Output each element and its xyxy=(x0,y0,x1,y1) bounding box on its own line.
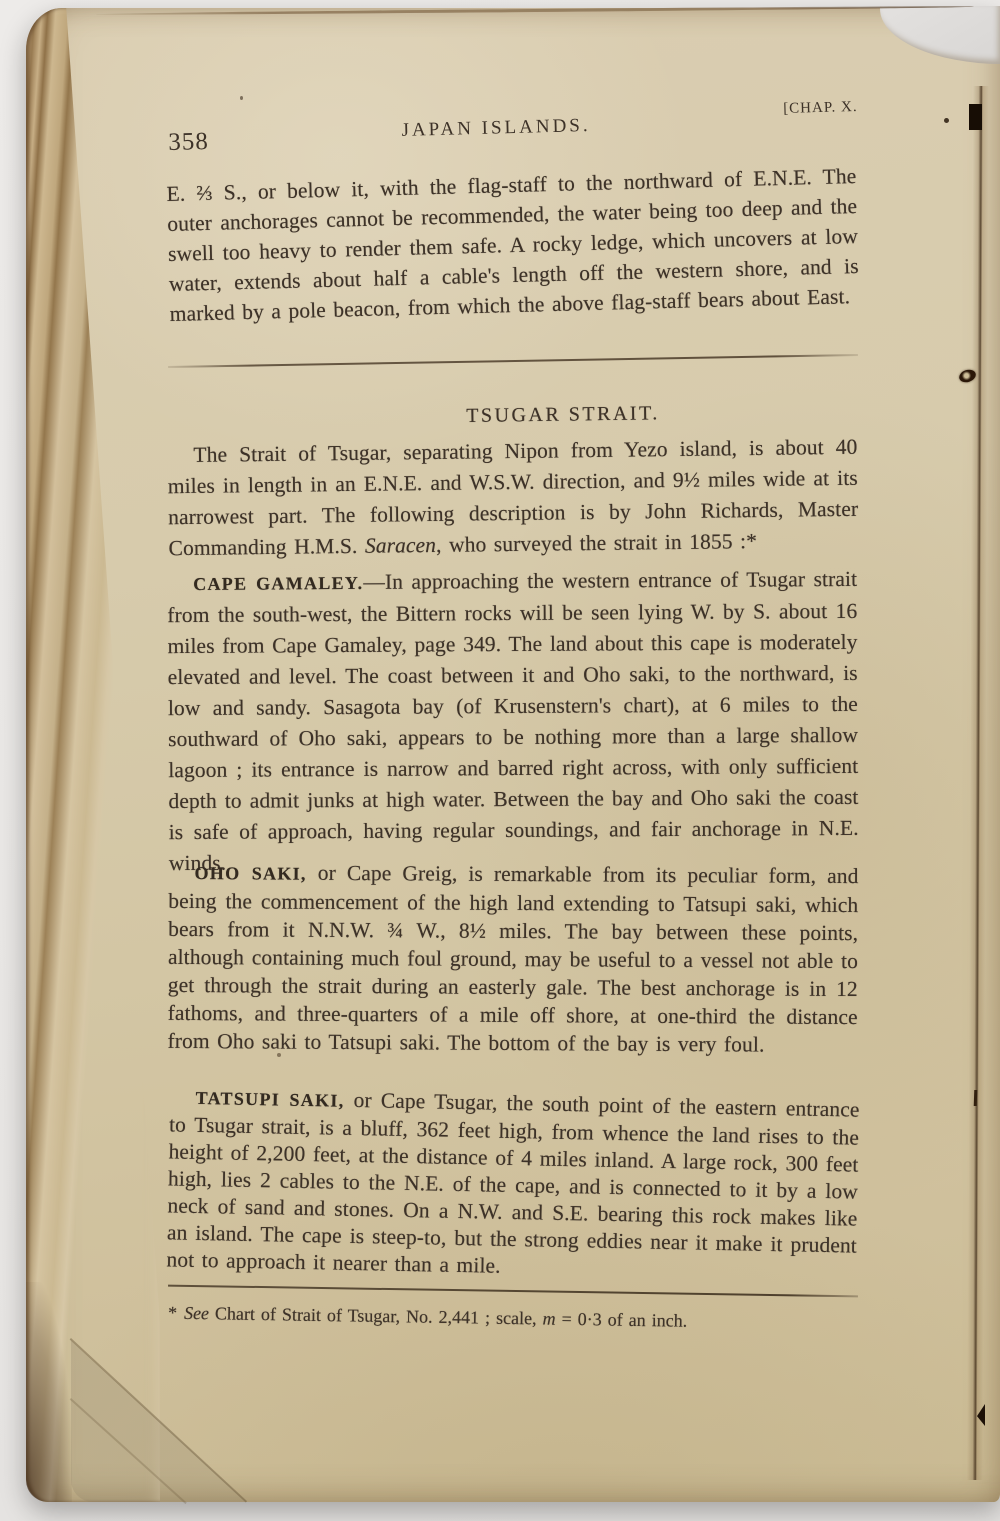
book-page: 358 JAPAN ISLANDS. [CHAP. X. E. ⅔ S., or… xyxy=(26,8,1000,1502)
entry-lead-oho-saki: OHO SAKI, xyxy=(194,863,306,884)
section-heading: TSUGAR STRAIT. xyxy=(168,399,908,432)
section-divider-rule xyxy=(168,354,858,368)
page-header: 358 JAPAN ISLANDS. [CHAP. X. xyxy=(168,95,859,157)
ink-blot xyxy=(969,104,982,130)
paragraph-oho-saki: OHO SAKI, or Cape Greig, is remarkable f… xyxy=(167,858,858,1059)
ink-speck xyxy=(944,118,949,123)
top-right-page-curl xyxy=(880,6,1000,64)
footnote-text-end: = 0·3 of an inch. xyxy=(555,1309,687,1331)
intro-text-end: , who surveyed the strait in 1855 :* xyxy=(436,529,757,557)
scan-background: 358 JAPAN ISLANDS. [CHAP. X. E. ⅔ S., or… xyxy=(0,0,1000,1521)
page-number: 358 xyxy=(168,128,209,157)
printed-page-content: 358 JAPAN ISLANDS. [CHAP. X. E. ⅔ S., or… xyxy=(168,8,858,1502)
footnote-text: Chart of Strait of Tsugar, No. 2,441 ; s… xyxy=(209,1303,543,1328)
entry-text: or Cape Tsugar, the south point of the e… xyxy=(166,1088,859,1278)
footnote-see-italic: See xyxy=(184,1303,209,1323)
paragraph-anchorages: E. ⅔ S., or below it, with the flag-staf… xyxy=(166,161,860,329)
entry-lead-cape-gamaley: CAPE GAMALEY. xyxy=(193,573,363,594)
entry-lead-tatsupi-saki: TATSUPI SAKI, xyxy=(195,1088,344,1111)
entry-text: —In approaching the western entrance of … xyxy=(167,567,858,875)
footnote-asterisk: * xyxy=(168,1303,177,1323)
paragraph-strait-intro: The Strait of Tsugar, separating Nipon f… xyxy=(167,432,858,564)
entry-text: or Cape Greig, is remarkable from its pe… xyxy=(167,861,858,1057)
footnote-rule xyxy=(168,1285,858,1298)
footnote: *See Chart of Strait of Tsugar, No. 2,44… xyxy=(168,1300,858,1337)
running-title: JAPAN ISLANDS. xyxy=(401,115,591,142)
paragraph-tatsupi-saki: TATSUPI SAKI, or Cape Tsugar, the south … xyxy=(166,1083,860,1286)
right-page-crease xyxy=(967,86,989,1480)
ship-name-italic: Saracen xyxy=(365,533,436,558)
page-edges-binding xyxy=(26,8,160,1502)
ink-dash xyxy=(974,1090,978,1106)
chapter-mark: [CHAP. X. xyxy=(783,99,858,118)
footnote-m-italic: m xyxy=(542,1308,555,1328)
paragraph-cape-gamaley: CAPE GAMALEY.—In approaching the western… xyxy=(167,564,859,879)
